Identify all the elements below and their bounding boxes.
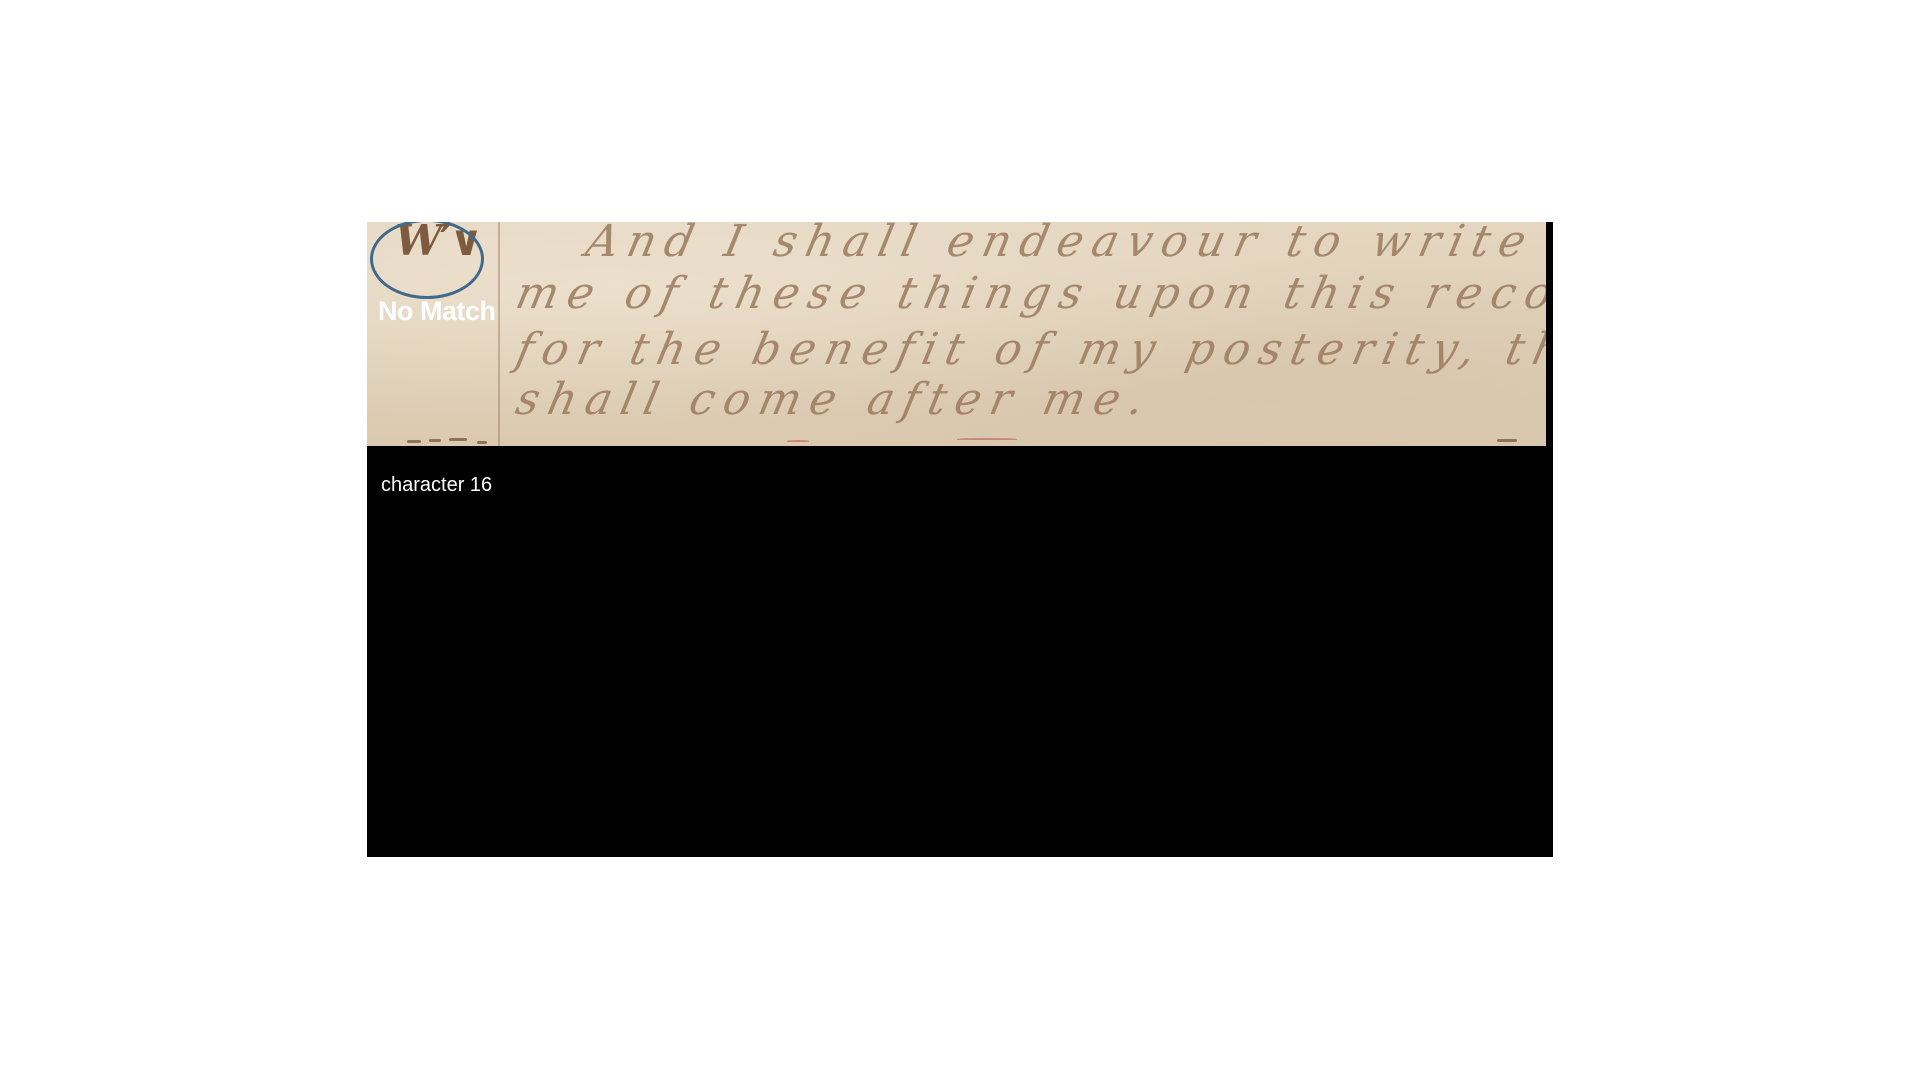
handwriting-line: And I shall endeavour to write so [582, 222, 1546, 267]
match-highlight-ellipse [370, 222, 484, 299]
handwriting-line: me of these things upon this record, [512, 268, 1546, 319]
handwriting-line: shall come after me. [512, 374, 1158, 425]
image-edge-strip [1546, 222, 1553, 446]
manuscript-image: W′∨ And I shall endeavour to write so me… [367, 222, 1546, 446]
match-status-label: No Match [378, 296, 496, 327]
partial-next-line [397, 430, 1537, 446]
slide: W′∨ And I shall endeavour to write so me… [0, 0, 1920, 1080]
margin-rule [498, 222, 500, 446]
character-caption: character 16 [381, 474, 492, 497]
character-viewer: W′∨ And I shall endeavour to write so me… [367, 222, 1553, 857]
handwriting-line: for the benefit of my posterity, that [512, 324, 1546, 375]
